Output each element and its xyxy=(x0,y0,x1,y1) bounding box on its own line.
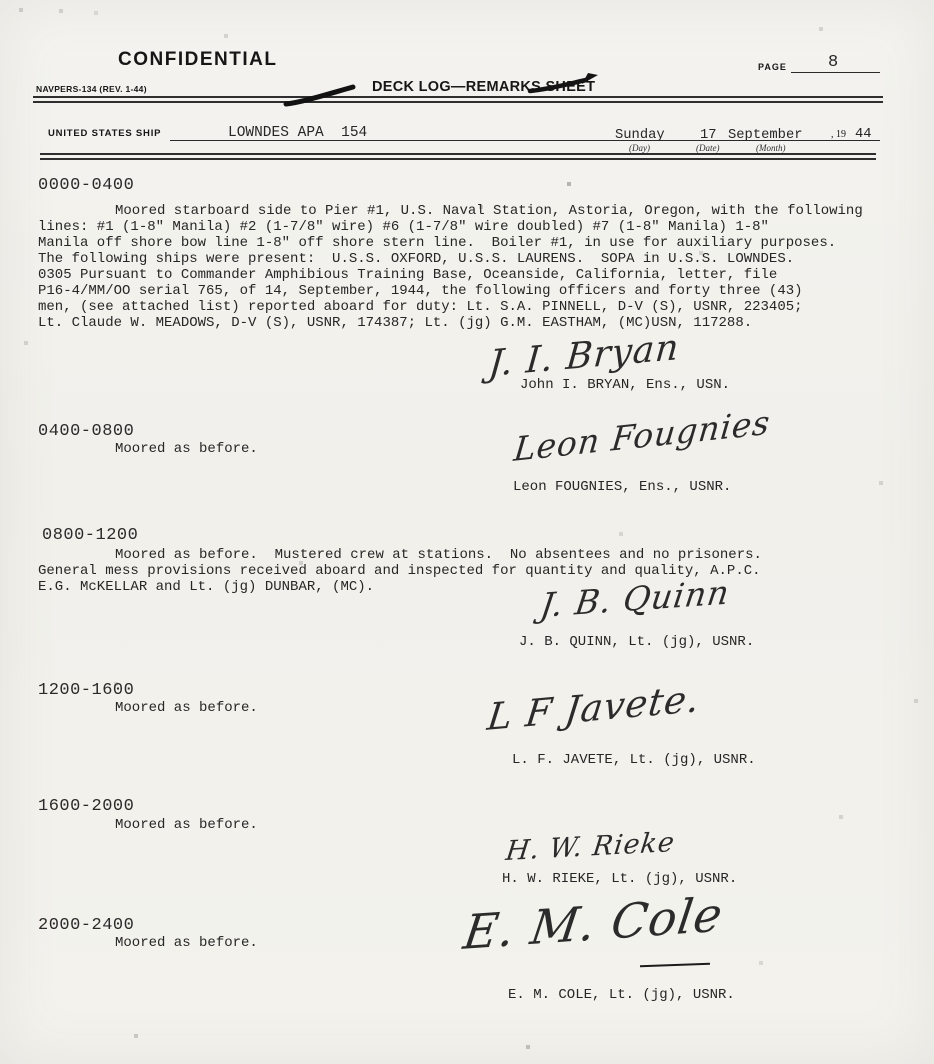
signature-underline-flourish xyxy=(640,963,710,967)
entry-paragraph: Moored as before. xyxy=(38,700,910,716)
entry-hours: 2000-2400 xyxy=(38,916,134,935)
entry-hours: 0400-0800 xyxy=(38,422,134,441)
entry-signature: L F Javete. xyxy=(485,677,703,739)
entry-signature: Leon Fougnies xyxy=(512,402,772,469)
month-caption: (Month) xyxy=(756,143,786,153)
entry-paragraph: Moored starboard side to Pier #1, U.S. N… xyxy=(38,203,910,331)
entry-hours: 1600-2000 xyxy=(38,797,134,816)
entry-signed-name: J. B. QUINN, Lt. (jg), USNR. xyxy=(519,634,754,650)
entry-hours: 0000-0400 xyxy=(38,176,134,195)
entry-line: Moored as before. xyxy=(38,700,910,716)
entry-line: Moored as before. xyxy=(38,817,910,833)
entry-hours: 1200-1600 xyxy=(38,681,134,700)
entry-line: E.G. McKELLAR and Lt. (jg) DUNBAR, (MC). xyxy=(38,579,910,595)
entry-signed-name: Leon FOUGNIES, Ens., USNR. xyxy=(513,479,731,495)
entry-line: Lt. Claude W. MEADOWS, D-V (S), USNR, 17… xyxy=(38,315,910,331)
entry-signed-name: E. M. COLE, Lt. (jg), USNR. xyxy=(508,987,735,1003)
entry-line: Moored as before. Mustered crew at stati… xyxy=(38,547,910,563)
entry-line: Moored as before. xyxy=(38,441,910,457)
month-value: September xyxy=(728,128,803,143)
entry-line: Moored starboard side to Pier #1, U.S. N… xyxy=(38,203,910,219)
day-caption: (Day) xyxy=(629,143,650,153)
page-number-line xyxy=(791,72,880,73)
entry-signed-name: John I. BRYAN, Ens., USN. xyxy=(520,377,730,393)
entry-paragraph: Moored as before. xyxy=(38,441,910,457)
pen-mark-slash xyxy=(283,82,357,108)
entry-line: The following ships were present: U.S.S.… xyxy=(38,251,910,267)
ship-name: LOWNDES APA 154 xyxy=(228,125,367,141)
date-caption: (Date) xyxy=(696,143,720,153)
entry-paragraph: Moored as before. xyxy=(38,817,910,833)
page-number: 8 xyxy=(828,53,838,72)
day-value: Sunday xyxy=(615,128,665,143)
form-number: NAVPERS-134 (REV. 1-44) xyxy=(36,84,147,94)
entry-signed-name: H. W. RIEKE, Lt. (jg), USNR. xyxy=(502,871,737,887)
header-rule-bottom xyxy=(40,153,876,160)
ship-label: UNITED STATES SHIP xyxy=(48,128,161,139)
entry-line: men, (see attached list) reported aboard… xyxy=(38,299,910,315)
header-rule-top xyxy=(33,96,883,103)
entry-line: General mess provisions received aboard … xyxy=(38,563,910,579)
entry-signed-name: L. F. JAVETE, Lt. (jg), USNR. xyxy=(512,752,756,768)
date-value: 17 xyxy=(700,128,717,143)
entry-line: 0305 Pursuant to Commander Amphibious Tr… xyxy=(38,267,910,283)
page-label: PAGE xyxy=(758,62,787,72)
deck-log-remarks-sheet-page: CONFIDENTIAL PAGE 8 NAVPERS-134 (REV. 1-… xyxy=(0,0,934,1064)
entry-paragraph: Moored as before. Mustered crew at stati… xyxy=(38,547,910,595)
scan-noise-specks xyxy=(0,0,2,2)
year-prefix: , 19 xyxy=(831,129,846,140)
entry-line: Manila off shore bow line 1-8" off shore… xyxy=(38,235,910,251)
entry-line: P16-4/MM/OO serial 765, of 14, September… xyxy=(38,283,910,299)
entry-line: lines: #1 (1-8" Manila) #2 (1-7/8" wire)… xyxy=(38,219,910,235)
year-strike-line xyxy=(850,140,880,141)
entry-hours: 0800-1200 xyxy=(42,526,138,545)
classification-stamp: CONFIDENTIAL xyxy=(118,49,277,71)
